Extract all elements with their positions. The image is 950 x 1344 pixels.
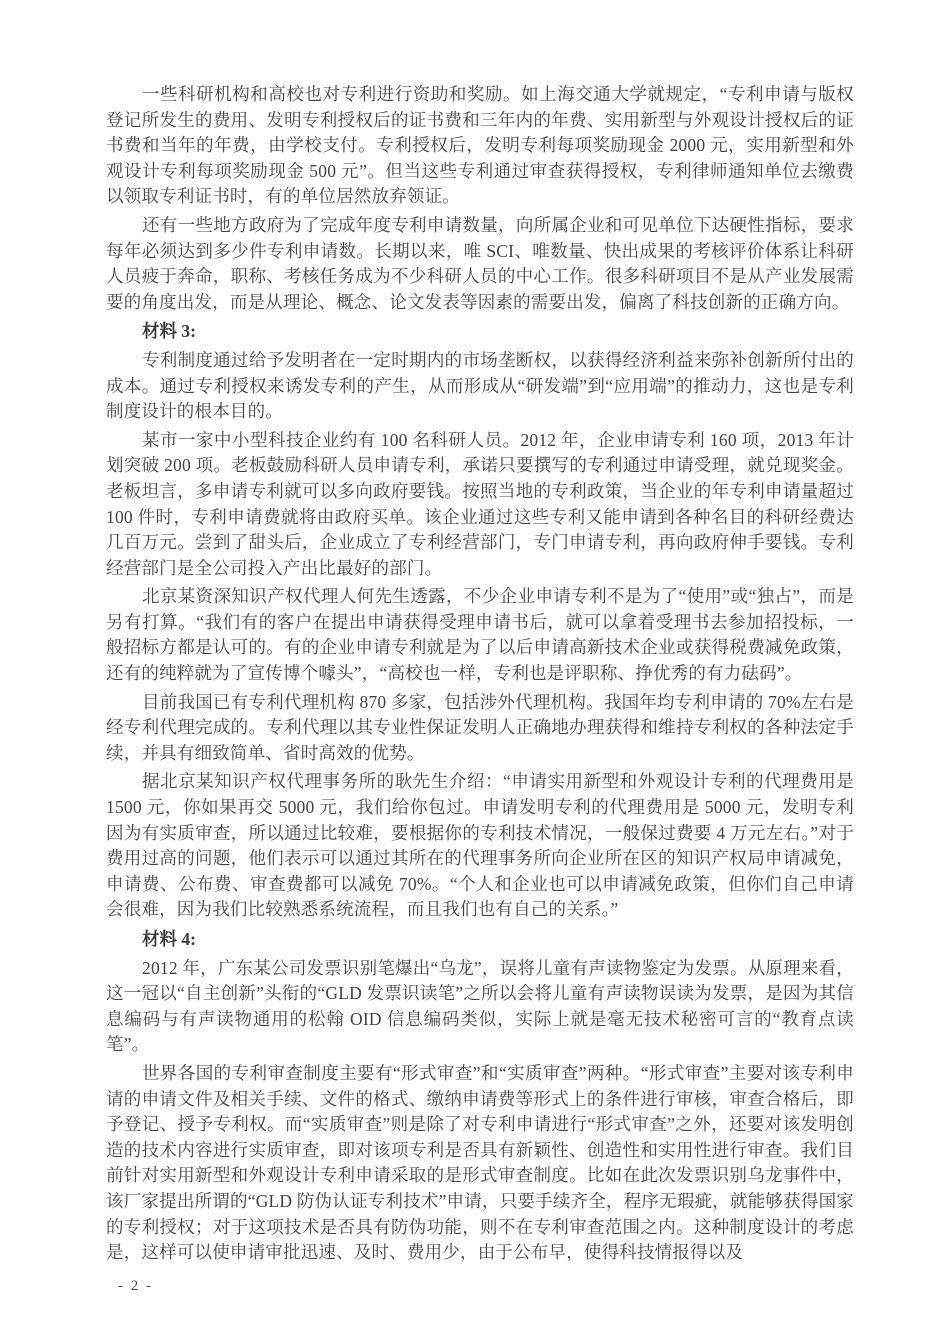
body-paragraph: 还有一些地方政府为了完成年度专利申请数量，向所属企业和可见单位下达硬性指标，要求… <box>106 213 854 315</box>
body-paragraph: 2012 年，广东某公司发票识别笔爆出“乌龙”，误将儿童有声读物鉴定为发票。从原… <box>106 956 854 1058</box>
body-paragraph: 世界各国的专利审查制度主要有“形式审查”和“实质审查”两种。“形式审查”主要对该… <box>106 1061 854 1266</box>
body-paragraph: 一些科研机构和高校也对专利进行资助和奖励。如上海交通大学就规定，“专利申请与版权… <box>106 82 854 210</box>
material-4-heading: 材料 4: <box>106 927 854 953</box>
body-paragraph: 专利制度通过给予发明者在一定时期内的市场垄断权，以获得经济利益来弥补创新所付出的… <box>106 348 854 425</box>
body-paragraph: 北京某资深知识产权代理人何先生透露，不少企业申请专利不是为了“使用”或“独占”，… <box>106 584 854 686</box>
body-paragraph: 目前我国已有专利代理机构 870 多家，包括涉外代理机构。我国年均专利申请的 7… <box>106 690 854 767</box>
body-paragraph: 某市一家中小型科技企业约有 100 名科研人员。2012 年，企业申请专利 16… <box>106 428 854 582</box>
document-page: 一些科研机构和高校也对专利进行资助和奖励。如上海交通大学就规定，“专利申请与版权… <box>0 0 950 1344</box>
material-3-heading: 材料 3: <box>106 319 854 345</box>
body-paragraph: 据北京某知识产权代理事务所的耿先生介绍：“申请实用新型和外观设计专利的代理费用是… <box>106 769 854 923</box>
document-body: 一些科研机构和高校也对专利进行资助和奖励。如上海交通大学就规定，“专利申请与版权… <box>106 82 854 1269</box>
page-number: - 2 - <box>118 1278 153 1295</box>
